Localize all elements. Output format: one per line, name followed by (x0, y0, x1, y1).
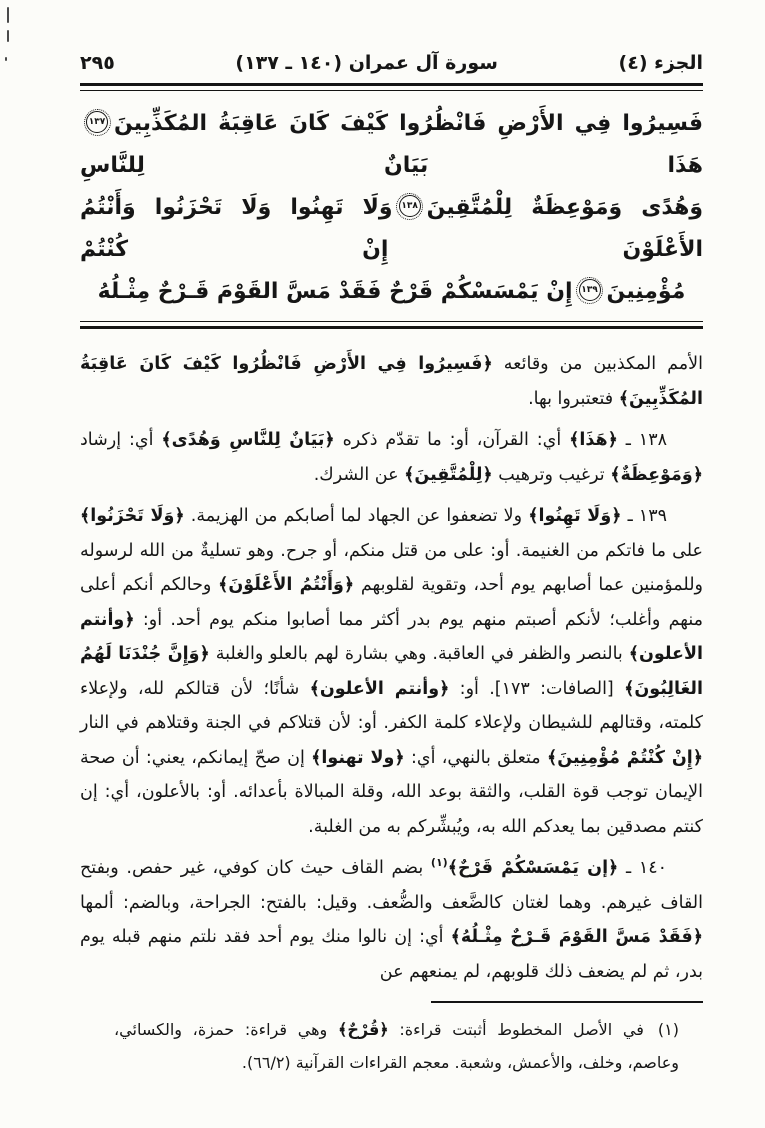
ayah-marker: ١٣٩ (579, 279, 601, 301)
scanned-book-page: { "header": { "juz_label": "الجزء (٤)", … (0, 0, 765, 1128)
text-run: عن الشرك. (314, 465, 404, 485)
quran-quote: ﴿إن يَمْسَسْكُمْ قَرْحٌ﴾ (448, 858, 619, 878)
commentary-section: الأمم المكذبين من وقائعه ﴿فَسِيرُوا فِي … (80, 347, 703, 989)
text-run: أي: القرآن، أو: ما تقدّم ذكره (335, 430, 569, 450)
text-run: فَسِيرُوا فِي الأَرْضِ فَانْظُرُوا كَيْف… (114, 111, 703, 136)
quran-verses-block: فَسِيرُوا فِي الأَرْضِ فَانْظُرُوا كَيْف… (80, 103, 703, 313)
text-run: ترغيب وترهيب (493, 465, 611, 485)
quran-quote: ﴿وأنتم الأعلون﴾ (310, 679, 450, 699)
footnote-separator (431, 1001, 703, 1003)
quran-line: وَهُدًى وَمَوْعِظَةٌ لِلْمُتَّقِينَ١٣٨وَ… (80, 187, 703, 271)
footnote-area: (١)في الأصل المخطوط أثبتت قراءة: ﴿قُرْحٌ… (80, 1001, 703, 1079)
page-number: ٢٩٥ (80, 52, 115, 74)
footnote-marker: (١) (658, 1020, 679, 1039)
surah-title: سورة آل عمران (١٣٧ ـ ١٤٠) (235, 52, 498, 74)
text-run: متعلق بالنهي، أي: (405, 748, 547, 768)
text-run: ١٣٨ ـ (618, 430, 667, 450)
quran-line: فَسِيرُوا فِي الأَرْضِ فَانْظُرُوا كَيْف… (80, 103, 703, 187)
ayah-marker: ١٣٨ (399, 195, 421, 217)
footnote-text: (١)في الأصل المخطوط أثبتت قراءة: ﴿قُرْحٌ… (80, 1013, 703, 1079)
scan-artifact (5, 57, 7, 61)
quran-quote: ﴿فَقَدْ مَسَّ القَوْمَ قَـرْحٌ مِثْـلُهُ… (451, 927, 703, 947)
header-rule (80, 83, 703, 91)
text-run: الأمم المكذبين من وقائعه (493, 354, 703, 374)
scan-artifact (7, 7, 9, 23)
quran-quote: ﴿لِلْمُتَّقِينَ﴾ (404, 465, 493, 485)
text-run: ١٣٩ ـ (621, 506, 667, 526)
paragraph-intro: الأمم المكذبين من وقائعه ﴿فَسِيرُوا فِي … (80, 347, 703, 416)
quran-quote: ﴿هَذَا﴾ (569, 430, 618, 450)
ayah-marker: ١٣٧ (86, 111, 108, 133)
text-run: فتعتبروا بها. (528, 389, 619, 409)
page-header: الجزء (٤) سورة آل عمران (١٣٧ ـ ١٤٠) ٢٩٥ (80, 52, 703, 74)
quran-line: مُؤْمِنِينَ١٣٩إِنْ يَمْسَسْكُمْ قَرْحٌ ف… (80, 271, 703, 313)
juz-label: الجزء (٤) (619, 52, 703, 74)
quran-quote: ﴿وَلَا تَهِنُوا﴾ (528, 506, 621, 526)
quran-quote: ﴿ولا تهنوا﴾ (311, 748, 405, 768)
quran-quote: ﴿وَمَوْعِظَةٌ﴾ (610, 465, 703, 485)
quran-quote: ﴿إِنْ كُنْتُمْ مُؤْمِنِينَ﴾ (547, 748, 703, 768)
text-run: [الصافات: ١٧٣]. أو: (449, 679, 624, 699)
quran-quote: ﴿وَلَا تَحْزَنُوا﴾ (80, 506, 185, 526)
verses-rule (80, 321, 703, 329)
text-run: في الأصل المخطوط أثبتت قراءة: (389, 1020, 644, 1039)
quran-quote: ﴿وَأَنْتُمُ الأَعْلَوْنَ﴾ (218, 575, 354, 595)
text-run: إِنْ يَمْسَسْكُمْ قَرْحٌ فَقَدْ مَسَّ ال… (98, 279, 573, 304)
surah-title-text: سورة آل عمران (349, 52, 498, 74)
text-run: بالنصر والظفر في العاقبة. وهي بشارة لهم … (210, 644, 629, 664)
text-run: هَذَا بَيَانٌ لِلنَّاسِ (80, 153, 703, 178)
verse-range: (١٣٧ ـ ١٤٠) (235, 52, 342, 74)
paragraph-ayah-138: ١٣٨ ـ ﴿هَذَا﴾ أي: القرآن، أو: ما تقدّم ذ… (80, 423, 703, 492)
text-run: أي: إرشاد (80, 430, 161, 450)
quran-quote: ﴿بَيَانٌ لِلنَّاسِ وَهُدًى﴾ (161, 430, 334, 450)
scan-artifact (7, 30, 9, 42)
text-run: ولا تضعفوا عن الجهاد لما أصابكم من الهزي… (185, 506, 529, 526)
text-run: ١٤٠ ـ (618, 858, 667, 878)
quran-quote: ﴿قُرْحٌ﴾ (338, 1020, 389, 1039)
paragraph-ayah-139: ١٣٩ ـ ﴿وَلَا تَهِنُوا﴾ ولا تضعفوا عن الج… (80, 499, 703, 844)
text-run: مُؤْمِنِينَ (607, 279, 686, 304)
paragraph-ayah-140: ١٤٠ ـ ﴿إن يَمْسَسْكُمْ قَرْحٌ﴾(١) بضم ال… (80, 851, 703, 989)
footnote-ref: (١) (431, 856, 448, 869)
text-run: (٦٦/٢) (247, 1053, 291, 1072)
text-run: وَهُدًى وَمَوْعِظَةٌ لِلْمُتَّقِينَ (427, 195, 703, 220)
